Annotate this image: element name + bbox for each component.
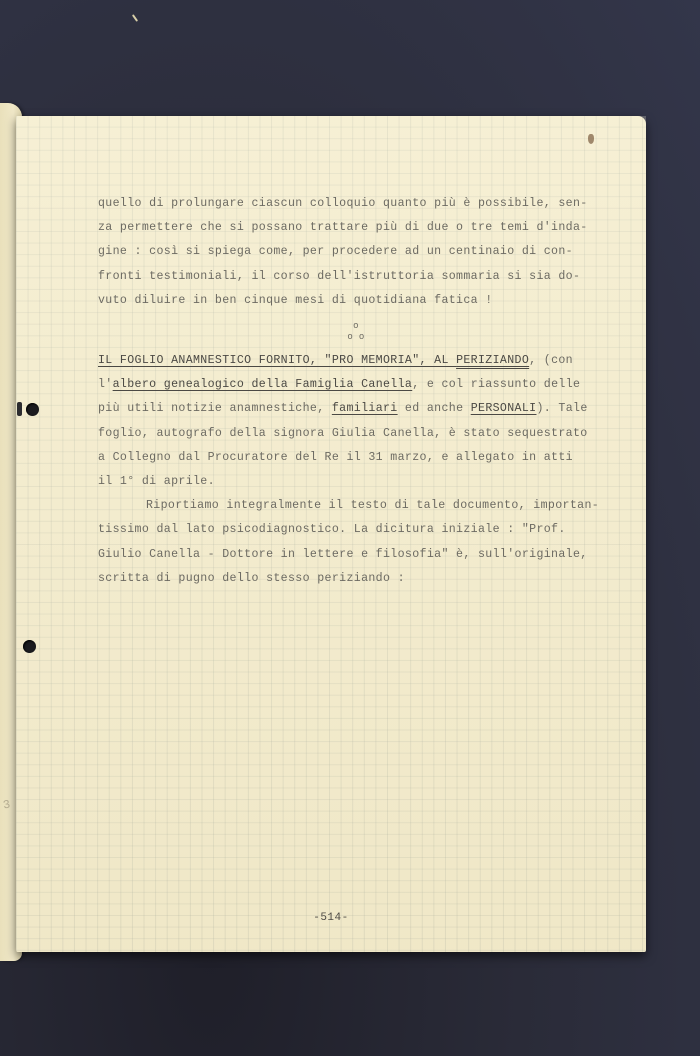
document-page: quello di prolungare ciascun colloquio q… (16, 116, 646, 952)
heading-text: IL FOGLIO ANAMNESTICO FORNITO, "PRO MEMO… (98, 354, 456, 367)
underlined-albero-genealogico: albero genealogico della Famiglia Canell… (113, 378, 413, 391)
text-line: il 1° di aprile. (98, 470, 608, 494)
text-fragment: ed anche (398, 402, 471, 415)
text-line: foglio, autografo della signora Giulia C… (98, 422, 608, 446)
text-fragment: ). Tale (536, 402, 587, 415)
ornament-bottom-circles: o o (104, 332, 608, 343)
dust-speck (132, 14, 138, 22)
binder-ring-icon (17, 402, 22, 416)
text-line: scritta di pugno dello stesso periziando… (98, 567, 608, 591)
text-line: vuto diluire in ben cinque mesi di quoti… (98, 289, 608, 313)
text-line: Riportiamo integralmente il testo di tal… (98, 494, 608, 518)
text-fragment: l' (98, 378, 113, 391)
text-line: Giulio Canella - Dottore in lettere e fi… (98, 543, 608, 567)
heading-suffix: , (con (529, 354, 573, 367)
text-line: a Collegno dal Procuratore del Re il 31 … (98, 446, 608, 470)
text-fragment: , e col riassunto delle (412, 378, 580, 391)
text-line: quello di prolungare ciascun colloquio q… (98, 192, 608, 216)
text-line: gine : così si spiega come, per proceder… (98, 240, 608, 264)
underlined-personali: PERSONALI (471, 402, 537, 415)
ornament-top-circle: o (104, 321, 608, 332)
text-line: più utili notizie anamnestiche, familiar… (98, 397, 608, 421)
text-line: za permettere che si possano trattare pi… (98, 216, 608, 240)
paper-stain (588, 134, 594, 144)
punch-hole-icon (23, 640, 36, 653)
punch-hole-icon (26, 403, 39, 416)
text-line: l'albero genealogico della Famiglia Cane… (98, 373, 608, 397)
heading-periziando: PERIZIANDO (456, 354, 529, 367)
underlined-familiari: familiari (332, 402, 398, 415)
text-line: fronti testimoniali, il corso dell'istru… (98, 265, 608, 289)
text-line: tissimo dal lato psicodiagnostico. La di… (98, 518, 608, 542)
typewritten-body: quello di prolungare ciascun colloquio q… (98, 192, 608, 591)
text-fragment: più utili notizie anamnestiche, (98, 402, 332, 415)
section-heading: IL FOGLIO ANAMNESTICO FORNITO, "PRO MEMO… (98, 349, 608, 373)
section-ornament: o o o (98, 321, 608, 343)
page-number: -514- (16, 912, 646, 924)
